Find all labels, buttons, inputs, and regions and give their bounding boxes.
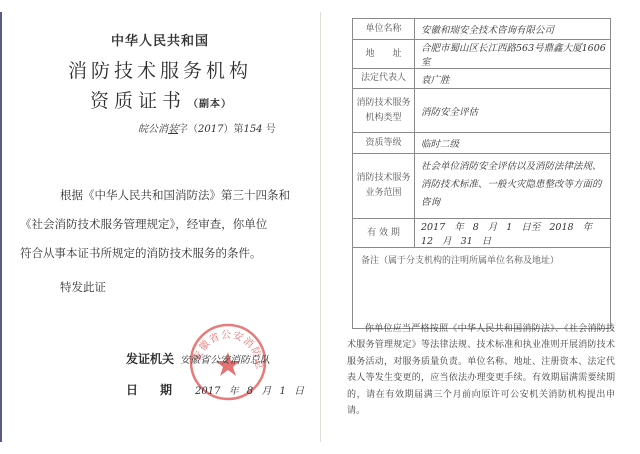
row-label: 法定代表人 bbox=[353, 69, 415, 89]
title-copy: （副本） bbox=[188, 99, 232, 110]
cert-year: 2017 bbox=[198, 124, 223, 135]
certificate-number: 皖公消装字（2017）第154 号 bbox=[138, 120, 276, 135]
table-row: 法定代表人 袁广胜 bbox=[353, 69, 611, 89]
page-fold bbox=[320, 12, 321, 442]
title-main: 消防技术服务机构 bbox=[0, 56, 320, 83]
body-line-2: 《社会消防技术服务管理规定》，经审查，你单位 bbox=[40, 210, 290, 239]
cert-suffix: 号 bbox=[266, 124, 276, 135]
address-value: 合肥市蜀山区长江西路563号鼎鑫大厦1606室 bbox=[415, 40, 611, 69]
legal-rep-value: 袁广胜 bbox=[415, 69, 611, 89]
table-row: 消防技术服务机构类型 消防安全评估 bbox=[353, 89, 611, 133]
date-label: 日期 bbox=[126, 381, 194, 398]
row-label: 资质等级 bbox=[353, 133, 415, 154]
certificate-body: 根据《中华人民共和国消防法》第三十四条和 《社会消防技术服务管理规定》，经审查，… bbox=[40, 181, 290, 268]
row-label: 消防技术服务业务范围 bbox=[353, 154, 415, 219]
notice-text: 你单位应当严格按照《中华人民共和国消防法》、《社会消防技术服务管理规定》等法律法… bbox=[347, 321, 615, 419]
row-label: 消防技术服务机构类型 bbox=[353, 89, 415, 133]
table-row: 备注（属于分支机构的注明所属单位名称及地址） bbox=[353, 248, 611, 329]
body-line-3: 符合从事本证书所规定的消防技术服务的条件。 bbox=[40, 239, 290, 268]
qualification-level-value: 临时二级 bbox=[415, 133, 611, 154]
notice-paragraph: 你单位应当严格按照《中华人民共和国消防法》、《社会消防技术服务管理规定》等法律法… bbox=[347, 321, 615, 419]
cert-mid2: ）第 bbox=[223, 124, 243, 135]
org-type-value: 消防安全评估 bbox=[415, 89, 611, 133]
certificate-info-table: 单位名称 安徽和瑞安全技术咨询有限公司 地 址 合肥市蜀山区长江西路563号鼎鑫… bbox=[352, 18, 611, 329]
title-cert: 资质证书（副本） bbox=[90, 86, 232, 113]
table-row: 地 址 合肥市蜀山区长江西路563号鼎鑫大厦1606室 bbox=[353, 40, 611, 69]
unit-name-value: 安徽和瑞安全技术咨询有限公司 bbox=[415, 19, 611, 40]
cert-prefix: 皖公消 bbox=[138, 124, 168, 135]
cert-type-char: 装 bbox=[168, 124, 178, 135]
issuer-label: 发证机关 bbox=[126, 350, 174, 367]
body-line-1: 根据《中华人民共和国消防法》第三十四条和 bbox=[40, 181, 290, 210]
remark-cell: 备注（属于分支机构的注明所属单位名称及地址） bbox=[353, 248, 611, 329]
row-label: 地 址 bbox=[353, 40, 415, 69]
title-country: 中华人民共和国 bbox=[0, 30, 320, 49]
row-label: 有 效 期 bbox=[353, 219, 415, 248]
table-row: 资质等级 临时二级 bbox=[353, 133, 611, 154]
row-label: 单位名称 bbox=[353, 19, 415, 40]
validity-period-value: 2017 年 8 月 1 日至 2018 年 12 月 31 日 bbox=[415, 219, 611, 248]
certificate-left-page: 中华人民共和国 消防技术服务机构 资质证书（副本） 皖公消装字（2017）第15… bbox=[0, 0, 320, 454]
cert-number-value: 154 bbox=[243, 124, 262, 135]
business-scope-value: 社会单位消防安全评估以及消防法律法规、消防技术标准、一般火灾隐患整改等方面的咨询 bbox=[415, 154, 611, 219]
table-row: 有 效 期 2017 年 8 月 1 日至 2018 年 12 月 31 日 bbox=[353, 219, 611, 248]
issue-date: 2017 年 8 月 1 日 bbox=[195, 382, 304, 397]
title-cert-text: 资质证书 bbox=[90, 90, 186, 112]
issuer-value: 安徽省公安消防总队 bbox=[180, 351, 270, 366]
table-row: 消防技术服务业务范围 社会单位消防安全评估以及消防法律法规、消防技术标准、一般火… bbox=[353, 154, 611, 219]
special-issue: 特发此证 bbox=[60, 279, 106, 295]
table-row: 单位名称 安徽和瑞安全技术咨询有限公司 bbox=[353, 19, 611, 40]
cert-mid: 字（ bbox=[178, 124, 198, 135]
